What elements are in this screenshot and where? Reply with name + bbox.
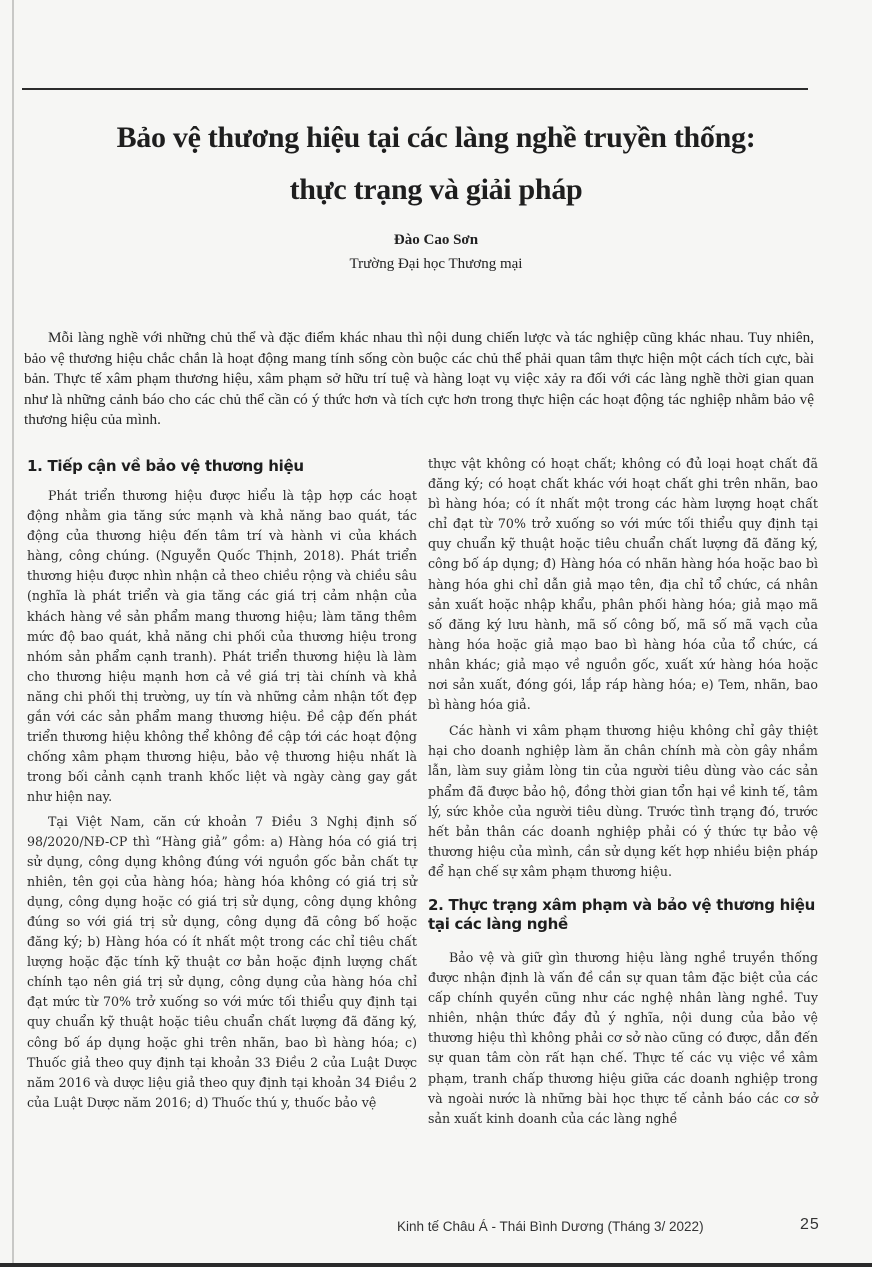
section-2-paragraph-1: Bảo vệ và giữ gìn thương hiệu làng nghề … <box>428 948 818 1129</box>
title-line-2: thực trạng và giải pháp <box>0 164 872 216</box>
section-2-heading: 2. Thực trạng xâm phạm và bảo vệ thương … <box>428 896 818 934</box>
section-1-paragraph-2: Tại Việt Nam, căn cứ khoản 7 Điều 3 Nghị… <box>27 812 417 1113</box>
left-column: 1. Tiếp cận về bảo vệ thương hiệu Phát t… <box>27 455 417 1117</box>
section-1-paragraph-1: Phát triển thương hiệu được hiểu là tập … <box>27 486 417 808</box>
right-column: thực vật không có hoạt chất; không có đủ… <box>428 454 818 1133</box>
section-1-paragraph-2-continued: thực vật không có hoạt chất; không có đủ… <box>428 454 818 715</box>
article-title: Bảo vệ thương hiệu tại các làng nghề tru… <box>0 112 872 216</box>
header-rule <box>22 88 808 90</box>
page-bottom-edge <box>0 1263 872 1267</box>
author-affiliation: Trường Đại học Thương mại <box>0 256 872 273</box>
section-1-heading: 1. Tiếp cận về bảo vệ thương hiệu <box>27 457 417 476</box>
abstract: Mỗi làng nghề với những chủ thể và đặc đ… <box>24 328 814 431</box>
journal-footer: Kinh tế Châu Á - Thái Bình Dương (Tháng … <box>397 1219 704 1234</box>
page-number: 25 <box>800 1216 820 1234</box>
title-line-1: Bảo vệ thương hiệu tại các làng nghề tru… <box>0 112 872 164</box>
author-name: Đào Cao Sơn <box>0 232 872 249</box>
section-1-paragraph-3: Các hành vi xâm phạm thương hiệu không c… <box>428 721 818 882</box>
